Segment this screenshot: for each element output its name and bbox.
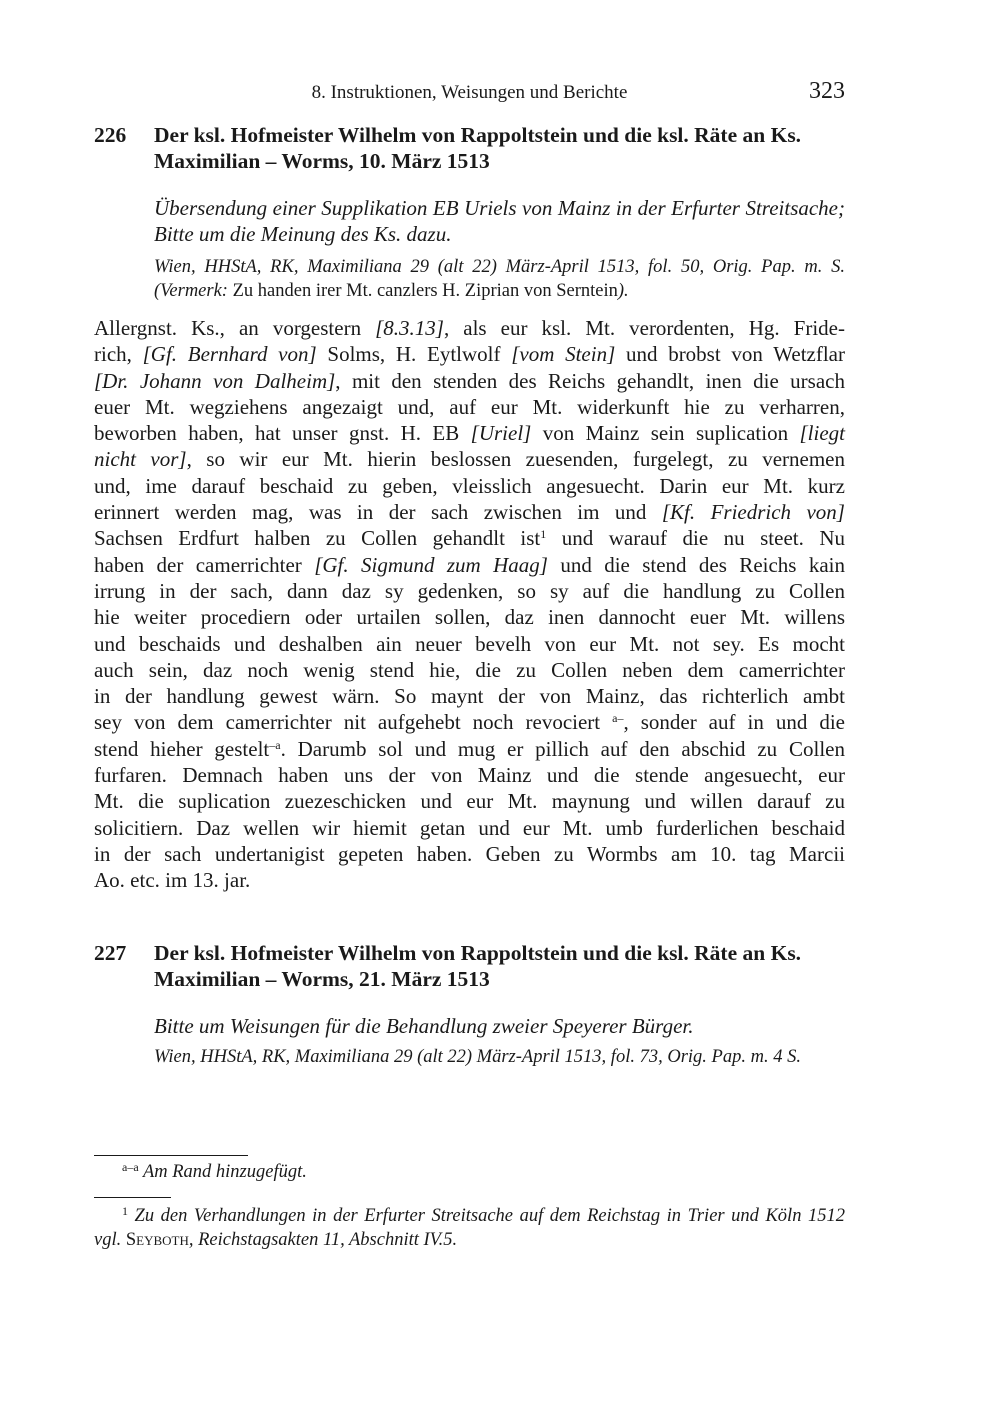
text: sey von dem camerrichter nit aufgehebt n… <box>94 710 612 734</box>
text: . Darumb sol und mug er pillich auf den … <box>281 737 845 761</box>
entry-226-source: Wien, HHStA, RK, Maximiliana 29 (alt 22)… <box>154 256 845 303</box>
text: und warauf die nu steet. Nu <box>546 526 845 550</box>
body-line: haben der camerrichter [Gf. Sigmund zum … <box>94 552 845 578</box>
entry-number: 226 <box>94 122 126 148</box>
body-line: erinnert werden mag, was in der sach zwi… <box>94 499 845 525</box>
body-line: solicitiern. Daz wellen wir hiemit getan… <box>94 815 845 841</box>
text: , mit den stenden des Reichs gehandlt, i… <box>335 369 845 393</box>
text: , sonder auf in und die <box>623 710 845 734</box>
text: Sachsen Erdfurt halben zu Collen gehandl… <box>94 526 540 550</box>
text: erinnert werden mag, was in der sach zwi… <box>94 500 662 524</box>
editorial-insertion: [8.3.13] <box>375 316 444 340</box>
body-line: rich, [Gf. Bernhard von] Solms, H. Eytlw… <box>94 341 845 367</box>
body-line: auch sein, daz noch wenig stend hie, die… <box>94 657 845 683</box>
body-line: hie weiter procediern oder urtailen soll… <box>94 604 845 630</box>
editorial-insertion: nicht vor] <box>94 447 187 471</box>
entry-227-source: Wien, HHStA, RK, Maximiliana 29 (alt 22)… <box>154 1046 845 1070</box>
text: und die stend des Reichs kain <box>548 553 845 577</box>
entry-title-line: Maximilian – Worms, 10. März 1513 <box>154 148 845 174</box>
entry-226-regest: Übersendung einer Supplikation EB Uriels… <box>154 195 845 247</box>
body-line: furfaren. Demnach haben uns der von Main… <box>94 762 845 788</box>
editorial-insertion: [liegt <box>800 421 846 445</box>
body-line: sey von dem camerrichter nit aufgehebt n… <box>94 709 845 735</box>
text: rich, <box>94 342 143 366</box>
text: beworben haben, hat unser gnst. H. EB <box>94 421 471 445</box>
editorial-insertion: [vom Stein] <box>511 342 615 366</box>
textual-note-reference[interactable]: a– <box>612 711 623 725</box>
editorial-insertion: [Gf. Bernhard von] <box>143 342 317 366</box>
entry-title-line: Der ksl. Hofmeister Wilhelm von Rappolts… <box>154 122 845 148</box>
body-line: Mt. die suplication zuezeschicken und eu… <box>94 788 845 814</box>
footnote-rule <box>94 1155 248 1156</box>
body-line: nicht vor], so wir eur Mt. hierin beslos… <box>94 446 845 472</box>
entry-title-line: Maximilian – Worms, 21. März 1513 <box>154 966 845 992</box>
body-line: euer Mt. wegziehens angezaigt und, auf e… <box>94 394 845 420</box>
text: und brobst von Wetzflar <box>615 342 845 366</box>
body-line: Allergnst. Ks., an vorgestern [8.3.13], … <box>94 315 845 341</box>
entry-227-regest: Bitte um Weisungen für die Behandlung zw… <box>154 1013 845 1039</box>
body-line: [Dr. Johann von Dalheim], mit den stende… <box>94 368 845 394</box>
entry-title-line: Der ksl. Hofmeister Wilhelm von Rappolts… <box>154 940 845 966</box>
footnote-mark: a–a <box>122 1160 139 1174</box>
entry-226-body: Allergnst. Ks., an vorgestern [8.3.13], … <box>94 315 845 894</box>
body-line: beworben haben, hat unser gnst. H. EB [U… <box>94 420 845 446</box>
text: stend hieher gestelt <box>94 737 269 761</box>
footnote-text: , Reichstagsakten 11, Abschnitt IV.5. <box>189 1230 457 1250</box>
entry-title: Der ksl. Hofmeister Wilhelm von Rappolts… <box>154 122 845 174</box>
editorial-insertion: [Gf. Sigmund zum Haag] <box>314 553 548 577</box>
running-head-title: 8. Instruktionen, Weisungen und Berichte <box>94 82 845 104</box>
footnote-textual-a: a–a Am Rand hinzugefügt. <box>94 1160 845 1184</box>
page-number: 323 <box>809 78 845 105</box>
text: Solms, H. Eytlwolf <box>317 342 512 366</box>
footnote-author: Seyboth <box>126 1230 189 1250</box>
running-head: 8. Instruktionen, Weisungen und Berichte… <box>94 80 845 106</box>
footnote-rule <box>94 1197 171 1198</box>
entry-title: Der ksl. Hofmeister Wilhelm von Rappolts… <box>154 940 845 992</box>
body-line: Sachsen Erdfurt halben zu Collen gehandl… <box>94 525 845 551</box>
textual-note-reference[interactable]: –a <box>269 738 280 752</box>
body-line: irrung in der sach, dann daz sy gedenken… <box>94 578 845 604</box>
footnote-text: Am Rand hinzugefügt. <box>139 1162 307 1182</box>
footnote-1: 1 Zu den Verhandlungen in der Erfurter S… <box>94 1204 845 1252</box>
body-line: und, ime darauf beschaid zu geben, vleis… <box>94 473 845 499</box>
editorial-insertion: [Uriel] <box>471 421 532 445</box>
body-line: Ao. etc. im 13. jar. <box>94 867 845 893</box>
text: Allergnst. Ks., an vorgestern <box>94 316 375 340</box>
body-line: stend hieher gestelt–a. Darumb sol und m… <box>94 736 845 762</box>
text: , als eur ksl. Mt. verordenten, Hg. Frid… <box>444 316 845 340</box>
text: haben der camerrichter <box>94 553 314 577</box>
editorial-insertion: [Kf. Friedrich von] <box>662 500 845 524</box>
body-line: in der handlung gewest wärn. So maynt de… <box>94 683 845 709</box>
body-line: in der sach undertanigist gepeten haben.… <box>94 841 845 867</box>
entry-number: 227 <box>94 940 126 966</box>
text: von Mainz sein suplication <box>531 421 799 445</box>
text: , so wir eur Mt. hierin beslossen zuesen… <box>187 447 845 471</box>
source-end: ). <box>618 281 629 301</box>
body-line: und beschaids und deshalben ain neuer be… <box>94 631 845 657</box>
source-note: Zu handen irer Mt. canzlers H. Ziprian v… <box>228 281 618 301</box>
editorial-insertion: [Dr. Johann von Dalheim] <box>94 369 335 393</box>
